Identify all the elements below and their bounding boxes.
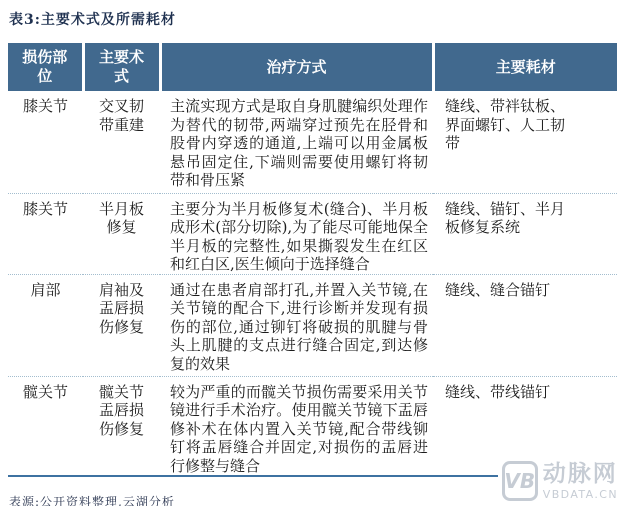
table-title: 表3:主要术式及所需耗材 — [9, 9, 624, 29]
injury-site-cell: 膝关节 — [8, 193, 83, 274]
injury-site-cell: 肩部 — [8, 274, 83, 376]
consumables-cell: 缝线、带袢钛板、界面螺钉、人工韧带 — [433, 91, 617, 193]
vbdata-watermark: VB 动脉网 VBDATA.CN — [498, 458, 622, 504]
consumables-cell: 缝线、缝合锚钉 — [433, 274, 617, 376]
treatment-cell: 主流实现方式是取自身肌腱编织处理作为替代的韧带,两端穿过预先在胫骨和股骨内穿透的… — [160, 91, 433, 193]
brand-name: 动脉网 — [543, 462, 618, 486]
table-row: 膝关节 交叉韧带重建 主流实现方式是取自身肌腱编织处理作为替代的韧带,两端穿过预… — [8, 91, 617, 193]
procedure-cell: 半月板修复 — [83, 193, 160, 274]
column-header-consumables: 主要耗材 — [433, 43, 617, 91]
treatment-cell: 通过在患者肩部打孔,并置入关节镜,在关节镜的配合下,进行诊断并发现有损伤的部位,… — [160, 274, 433, 376]
procedure-cell: 肩袖及盂唇损伤修复 — [83, 274, 160, 376]
table-header-row: 损伤部位 主要术式 治疗方式 主要耗材 — [8, 43, 617, 91]
injury-site-cell: 膝关节 — [8, 91, 83, 193]
table-row: 膝关节 半月板修复 主要分为半月板修复术(缝合)、半月板成形术(部分切除),为了… — [8, 193, 617, 274]
treatment-cell: 主要分为半月板修复术(缝合)、半月板成形术(部分切除),为了能尽可能地保全半月板… — [160, 193, 433, 274]
table-row: 肩部 肩袖及盂唇损伤修复 通过在患者肩部打孔,并置入关节镜,在关节镜的配合下,进… — [8, 274, 617, 376]
consumables-cell: 缝线、锚钉、半月板修复系统 — [433, 193, 617, 274]
report-page: 表3:主要术式及所需耗材 损伤部位 主要术式 治疗方式 主要耗材 膝关节 交叉韧… — [0, 0, 624, 506]
procedures-table: 损伤部位 主要术式 治疗方式 主要耗材 膝关节 交叉韧带重建 主流实现方式是取自… — [8, 43, 617, 477]
vb-logo-icon: VB — [502, 461, 538, 501]
column-header-injury-site: 损伤部位 — [8, 43, 83, 91]
brand-domain: VBDATA.CN — [543, 489, 618, 500]
vbdata-logo-text: 动脉网 VBDATA.CN — [543, 462, 618, 499]
injury-site-cell: 髋关节 — [8, 376, 83, 476]
column-header-procedure: 主要术式 — [83, 43, 160, 91]
procedure-cell: 髋关节盂唇损伤修复 — [83, 376, 160, 476]
procedure-cell: 交叉韧带重建 — [83, 91, 160, 193]
treatment-cell: 较为严重的而髋关节损伤需要采用关节镜进行手术治疗。使用髋关节镜下盂唇修补术在体内… — [160, 376, 433, 476]
column-header-treatment: 治疗方式 — [160, 43, 433, 91]
